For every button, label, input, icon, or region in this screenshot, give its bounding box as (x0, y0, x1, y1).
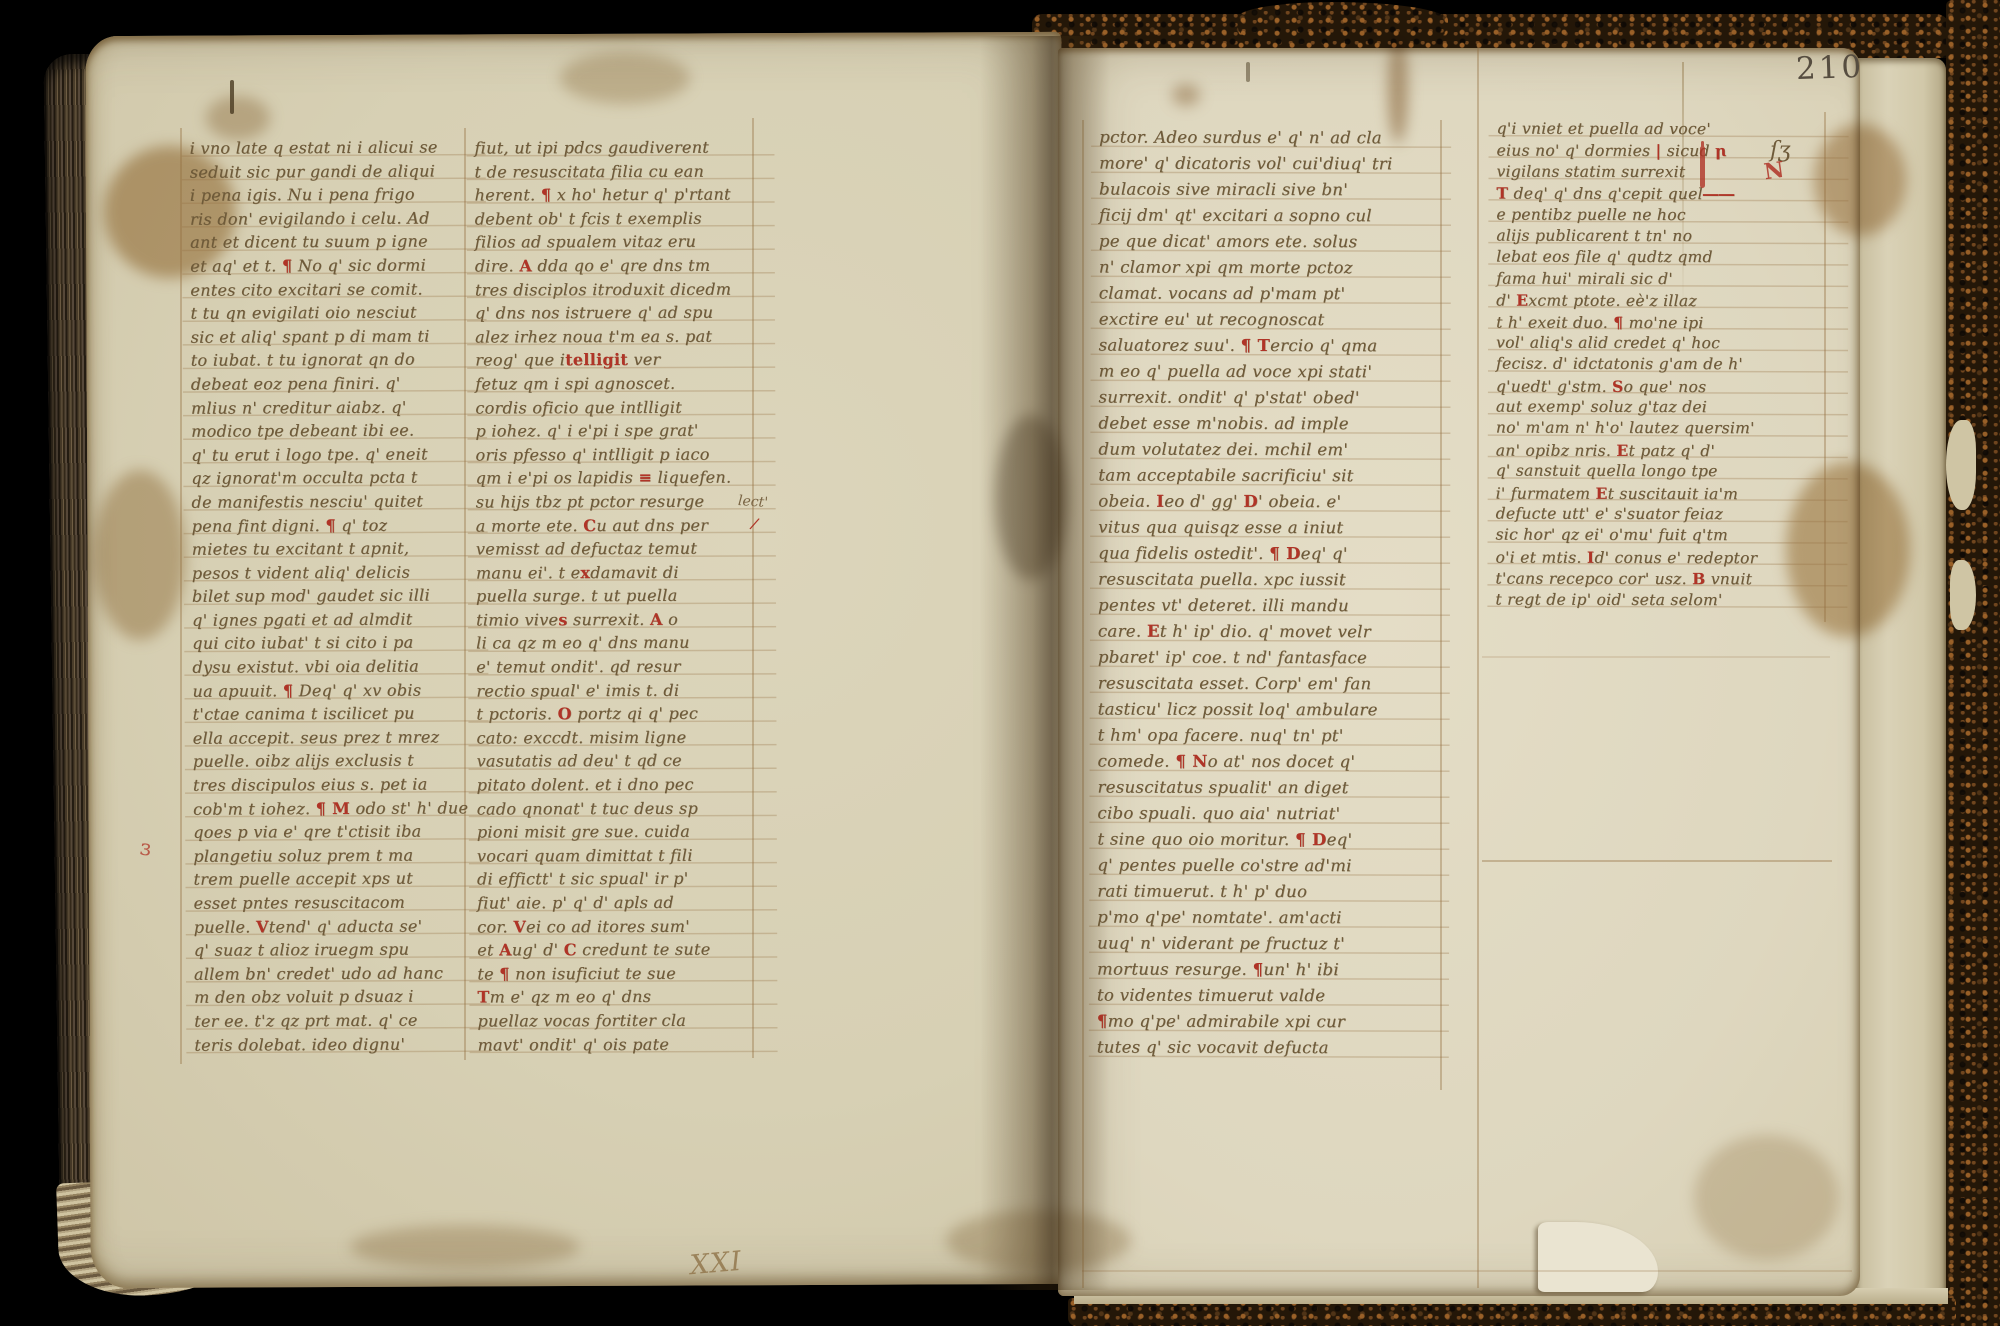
manuscript-text-line: debet esse m'nobis. ad imple (1098, 411, 1442, 438)
torn-paper-fragment (1946, 420, 1976, 510)
manuscript-text-line: vemisst ad defuctaz temut (476, 537, 768, 562)
manuscript-text-line: t'ctae canima t iscilicet pu (193, 701, 481, 726)
manuscript-text-line: rati timuerut. t h' p' duo (1097, 879, 1441, 906)
manuscript-text-line: tres disciplos itroduxit dicedm (475, 277, 767, 302)
manuscript-text-line: ella accepit. seus prez t mrez (193, 725, 481, 750)
manuscript-text-line: mietes tu excitant t apnit, (192, 536, 480, 561)
manuscript-text-line: T deq' q' dns q'cepit quel―― (1496, 183, 1840, 205)
manuscript-text-line: qoes p via e' qre t'ctisit iba (193, 819, 481, 844)
manuscript-text-line: t pctoris. O portz qi q' pec (476, 702, 768, 727)
manuscript-text-line: qua fidelis ostedit'. ¶ Deq' q' (1098, 541, 1442, 568)
manuscript-text-line: mlius n' creditur aiabz. q' (191, 395, 479, 420)
manuscript-text-line: clamat. vocans ad p'mam pt' (1099, 281, 1443, 308)
quire-signature: XXI (689, 1246, 744, 1281)
manuscript-text-line: cato: exccdt. misim ligne (476, 725, 768, 750)
manuscript-text-line: tasticu' licz possit loq' ambulare (1098, 697, 1442, 724)
parchment-stain (560, 52, 690, 104)
manuscript-text-line: q'uedt' g'stm. So que' nos (1496, 375, 1840, 397)
manuscript-text-line: n' clamor xpi qm morte pctoz (1099, 255, 1443, 282)
manuscript-text-line: et aq' et t. ¶ No q' sic dormi (190, 253, 478, 278)
manuscript-text-line: uuq' n' viderant pe fructuz t' (1097, 931, 1441, 958)
ink-smudge (1246, 62, 1250, 82)
left-page-column-2: fiut, ut ipi pdcs gaudiverentt de resusc… (466, 135, 777, 1056)
manuscript-text-line: teris dolebat. ideo dignu' (194, 1032, 482, 1057)
manuscript-text-line: tutes q' sic vocavit defucta (1097, 1035, 1441, 1062)
manuscript-text-line: resuscitata esset. Corp' em' fan (1098, 671, 1442, 698)
manuscript-text-line: su hijs tbz pt pctor resurge (476, 489, 768, 514)
manuscript-text-line: t'cans recepco cor' usz. B vnuit (1495, 568, 1839, 590)
manuscript-text-line: qz ignorat'm occulta pcta t (191, 466, 479, 491)
manuscript-text-line: d' Excmt ptote. eè'z illaz (1496, 290, 1840, 312)
right-page-column-1: pctor. Adeo surdus e' q' n' ad clamore' … (1089, 125, 1451, 1062)
ruling-line-horizontal (1482, 860, 1832, 862)
manuscript-text-line: i vno late q estat ni i alicui se (190, 135, 478, 160)
manuscript-text-line: vol' aliq's alid credet q' hoc (1496, 332, 1840, 354)
parchment-stain (1172, 84, 1200, 106)
manuscript-text-line: cibo spuali. quo aia' nutriat' (1097, 801, 1441, 828)
manuscript-text-line: t hm' opa facere. nuq' tn' pt' (1098, 723, 1442, 750)
manuscript-text-line: vasutatis ad deu' t qd ce (477, 749, 769, 774)
manuscript-text-line: ter ee. t'z qz prt mat. q' ce (194, 1008, 482, 1033)
manuscript-text-line: q' ignes pgati et ad almdit (192, 607, 480, 632)
manuscript-text-line: comede. ¶ No at' nos docet q' (1098, 749, 1442, 776)
leather-cover-right-edge (1946, 0, 2000, 1326)
parchment-stain (946, 1210, 1131, 1272)
manuscript-text-line: resuscitatus spualit' an diget (1097, 775, 1441, 802)
gutter-dirt (995, 415, 1067, 580)
manuscript-text-line: seduit sic pur gandi de aliqui (190, 159, 478, 184)
underlying-leaf-edge-right (1856, 58, 1946, 1300)
manuscript-text-line: fiut' aie. p' q' d' apls ad (477, 890, 769, 915)
manuscript-text-line: puella surge. t ut puella (476, 584, 768, 609)
manuscript-text-line: trem puelle accepit xps ut (193, 867, 481, 892)
manuscript-text-line: herent. ¶ x ho' hetur q' p'rtant (475, 183, 767, 208)
manuscript-text-line: dire. A dda qo e' qre dns tm (475, 253, 767, 278)
manuscript-text-line: cob'm t iohez. ¶ M odo st' h' due (193, 796, 481, 821)
manuscript-text-line: vocari quam dimittat t fili (477, 843, 769, 868)
manuscript-text-line: pbaret' ip' coe. t nd' fantasface (1098, 645, 1442, 672)
manuscript-text-line: Tm e' qz m eo q' dns (477, 985, 769, 1010)
manuscript-text-line: debeat eoz pena finiri. q' (191, 371, 479, 396)
manuscript-text-line: modico tpe debeant ibi ee. (191, 418, 479, 443)
manuscript-text-line: dysu existut. vbi oia delitia (192, 654, 480, 679)
manuscript-text-line: fama hui' mirali sic d' (1496, 268, 1840, 290)
manuscript-text-line: no' m'am n' h'o' lautez quersim' (1496, 418, 1840, 440)
manuscript-text-line: ¶mo q'pe' admirabile xpi cur (1097, 1009, 1441, 1036)
manuscript-text-line: m den obz voluit p dsuaz i (194, 985, 482, 1010)
manuscript-text-line: ris don' evigilando i celu. Ad (190, 206, 478, 231)
manuscript-text-line: ficij dm' qt' excitari a sopno cul (1099, 203, 1443, 230)
manuscript-text-line: obeia. Ieo d' gg' D' obeia. e' (1098, 489, 1442, 516)
manuscript-text-line: qm i e'pi os lapidis ≡ liquefen. (476, 466, 768, 491)
manuscript-text-line: defucte utt' e' s'suator feiaz (1496, 504, 1840, 526)
folio-page-number: 210 (1795, 49, 1864, 87)
manuscript-text-line: saluatorez suu'. ¶ Tercio q' qma (1099, 333, 1443, 360)
manuscript-text-line: puellaz vocas fortiter cla (477, 1008, 769, 1033)
corner-red-mark: N (1762, 157, 1786, 186)
manuscript-text-line: q' pentes puelle co'stre ad'mi (1097, 853, 1441, 880)
manuscript-text-line: esset pntes resuscitacom (194, 890, 482, 915)
manuscript-text-line: t de resuscitata filia cu ean (474, 159, 766, 184)
ruling-line-horizontal (1082, 1270, 1852, 1272)
manuscript-text-line: entes cito excitari se comit. (190, 277, 478, 302)
manuscript-text-line: puelle. oibz alijs exclusis t (193, 749, 481, 774)
manuscript-text-line: pena fint digni. ¶ q' toz (192, 513, 480, 538)
left-page-column-1: i vno late q estat ni i alicui seseduit … (182, 135, 491, 1057)
manuscript-text-line: t sine quo oio moritur. ¶ Deq' (1097, 827, 1441, 854)
manuscript-text-line: pctor. Adeo surdus e' q' n' ad cla (1099, 125, 1443, 152)
manuscript-text-line: q' tu erut i logo tpe. q' eneit (191, 442, 479, 467)
manuscript-text-line: o'i et mtis. Id' conus e' redeptor (1495, 546, 1839, 568)
manuscript-text-line: cor. Vei co ad itores sum' (477, 914, 769, 939)
manuscript-text-line: allem bn' credet' udo ad hanc (194, 961, 482, 986)
manuscript-text-line: p iohez. q' i e'pi i spe grat' (475, 419, 767, 444)
ruling-line-vertical (1477, 44, 1479, 1288)
manuscript-text-line: an' opibz nris. Et patz q' d' (1496, 439, 1840, 461)
parchment-stain (94, 470, 186, 640)
manuscript-text-line: q' sanstuit quella longo tpe (1496, 461, 1840, 483)
manuscript-text-line: qui cito iubat' t si cito i pa (192, 631, 480, 656)
manuscript-text-line: exctire eu' ut recognoscat (1099, 307, 1443, 334)
manuscript-text-line: t h' exeit duo. ¶ mo'ne ipi (1496, 311, 1840, 333)
manuscript-text-line: de manifestis nesciu' quitet (191, 489, 479, 514)
manuscript-text-line: more' q' dicatoris vol' cui'diuq' tri (1099, 151, 1443, 178)
manuscript-text-line: i pena igis. Nu i pena frigo (190, 182, 478, 207)
manuscript-text-line: plangetiu soluz prem t ma (193, 843, 481, 868)
margin-note: lect' (737, 493, 768, 511)
manuscript-text-line: mortuus resurge. ¶un' h' ibi (1097, 957, 1441, 984)
manuscript-photograph: i vno late q estat ni i alicui seseduit … (0, 0, 2000, 1326)
manuscript-text-line: tam acceptabile sacrificiu' sit (1098, 463, 1442, 490)
manuscript-text-line: care. Et h' ip' dio. q' movet velr (1098, 619, 1442, 646)
manuscript-text-line: surrexit. ondit' q' p'stat' obed' (1098, 385, 1442, 412)
manuscript-text-line: oris pfesso q' intlligit p iaco (475, 442, 767, 467)
manuscript-text-line: bilet sup mod' gaudet sic illi (192, 584, 480, 609)
manuscript-text-line: dum volutatez dei. mchil em' (1098, 437, 1442, 464)
manuscript-text-line: a morte ete. Cu aut dns per (476, 513, 768, 538)
manuscript-text-line: sic et aliq' spant p di mam ti (191, 324, 479, 349)
manuscript-text-line: pentes vt' deteret. illi mandu (1098, 593, 1442, 620)
manuscript-text-line: i' furmatem Et suscitauit ia'm (1496, 482, 1840, 504)
manuscript-text-line: t regt de ip' oid' seta selom' (1495, 589, 1839, 611)
manuscript-text-line: to iubat. t tu ignorat qn do (191, 348, 479, 373)
manuscript-text-line: q' dns nos istruere q' ad spu (475, 301, 767, 326)
manuscript-text-line: bulacois sive miracli sive bn' (1099, 177, 1443, 204)
ruling-line-horizontal (1482, 656, 1830, 658)
manuscript-text-line: et Aug' d' C credunt te sute (477, 938, 769, 963)
parchment-stain (1694, 1135, 1839, 1260)
manuscript-text-line: timio vives surrexit. A o (476, 607, 768, 632)
manuscript-text-line: alijs publicarent t tn' no (1496, 226, 1840, 248)
red-ink-drip (1700, 146, 1705, 188)
manuscript-text-line: vigilans statim surrexit (1496, 161, 1840, 183)
manuscript-text-line: pe que dicat' amors ete. solus (1099, 229, 1443, 256)
manuscript-text-line: di effictt' t sic spual' ir p' (477, 867, 769, 892)
manuscript-text-line: e' temut ondit'. qd resur (476, 655, 768, 680)
manuscript-text-line: reog' que itelligit ver (475, 348, 767, 373)
manuscript-text-line: pitato dolent. et i dno pec (477, 773, 769, 798)
manuscript-text-line: t tu qn evigilati oio nesciut (190, 300, 478, 325)
manuscript-text-line: pesos t vident aliq' delicis (192, 560, 480, 585)
manuscript-text-line: aut exemp' soluz g'taz dei (1496, 397, 1840, 419)
manuscript-text-line: vitus qua quisqz esse a iniut (1098, 515, 1442, 542)
parchment-stain (350, 1225, 580, 1269)
manuscript-text-line: ant et dicent tu suum p igne (190, 230, 478, 255)
manuscript-text-line: sic hor' qz ei' o'mu' fuit q'tm (1496, 525, 1840, 547)
right-page-column-2: q'i vniet et puella ad voce'eius no' q' … (1487, 119, 1848, 612)
manuscript-text-line: ua apuuit. ¶ Deq' q' xv obis (192, 678, 480, 703)
manuscript-text-line: mavt' ondit' q' ois pate (478, 1032, 770, 1057)
manuscript-text-line: resuscitata puella. xpc iussit (1098, 567, 1442, 594)
manuscript-text-line: e pentibz puelle ne hoc (1496, 204, 1840, 226)
manuscript-text-line: cado qnonat' t tuc deus sp (477, 796, 769, 821)
manuscript-text-line: fiut, ut ipi pdcs gaudiverent (474, 135, 766, 160)
manuscript-text-line: alez irhez noua t'm ea s. pat (475, 324, 767, 349)
manuscript-text-line: lebat eos file q' qudtz qmd (1496, 247, 1840, 269)
ruling-line-vertical (1082, 120, 1084, 1288)
manuscript-text-line: cordis oficio que intlligit (475, 395, 767, 420)
manuscript-text-line: manu ei'. t exdamavit di (476, 560, 768, 585)
manuscript-text-line: fecisz. d' idctatonis g'am de h' (1496, 354, 1840, 376)
manuscript-text-line: q' suaz t alioz iruegm spu (194, 937, 482, 962)
manuscript-text-line: li ca qz m eo q' dns manu (476, 631, 768, 656)
manuscript-text-line: fetuz qm i spi agnoscet. (475, 371, 767, 396)
manuscript-text-line: te ¶ non isuficiut te sue (477, 961, 769, 986)
manuscript-text-line: puelle. Vtend' q' aducta se' (194, 914, 482, 939)
manuscript-text-line: m eo q' puella ad voce xpi stati' (1099, 359, 1443, 386)
ink-smudge (230, 80, 234, 114)
torn-paper-fragment (1950, 560, 1976, 630)
manuscript-text-line: pioni misit gre sue. cuida (477, 820, 769, 845)
manuscript-text-line: to videntes timuerut valde (1097, 983, 1441, 1010)
manuscript-text-line: p'mo q'pe' nomtate'. am'acti (1097, 905, 1441, 932)
parchment-stain (206, 96, 270, 140)
manuscript-text-line: debent ob' t fcis t exemplis (475, 206, 767, 231)
manuscript-text-line: tres discipulos eius s. pet ia (193, 772, 481, 797)
manuscript-text-line: filios ad spualem vitaz eru (475, 230, 767, 255)
leather-cover-bump (1238, 2, 1448, 36)
manuscript-text-line: rectio spual' e' imis t. di (476, 678, 768, 703)
